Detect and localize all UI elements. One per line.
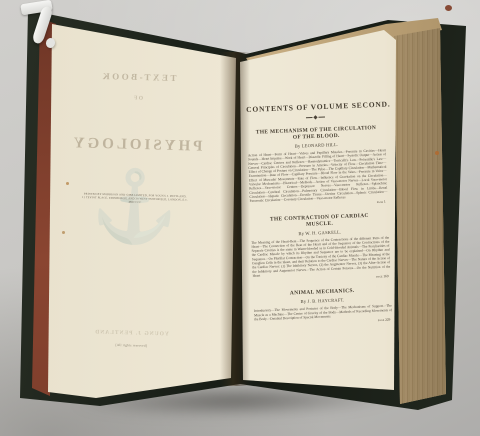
anchor-ornament-icon: ⚓ [59,168,211,247]
contents-section: THE MECHANISM OF THE CIRCULATION OF THE … [247,124,388,209]
section-title: THE CONTRACTION OF CARDIAC MUSCLE. [259,212,380,230]
rights-notice: [All rights reserved] [56,342,206,349]
section-title: THE MECHANISM OF THE CIRCULATION OF THE … [255,125,376,143]
gutter-shadow [220,52,250,386]
foxing-spot [435,151,439,155]
diamond-icon [313,115,317,119]
contents-page: CONTENTS OF VOLUME SECOND. THE MECHANISM… [246,101,392,327]
showthrough-title-line2: OF [63,93,213,103]
divider-line [306,117,313,118]
left-page-content: ⚓ TEXT-BOOK OF PHYSIOLOGY PRINTED BY MOR… [55,50,214,414]
section-synopsis: Action of Heart—Form of Heart—Valves and… [248,149,388,204]
foxing-spot [62,231,65,234]
divider-ornament [300,115,330,119]
showthrough-title-line1: TEXT-BOOK [63,70,213,84]
showthrough-title-line3: PHYSIOLOGY [61,134,211,155]
contents-section: ANIMAL MECHANICS. By J. B. HAYCRAFT. Int… [253,286,392,327]
foxing-spot [66,182,69,185]
book-photograph: ⚓ TEXT-BOOK OF PHYSIOLOGY PRINTED BY MOR… [0,0,480,436]
section-synopsis: The Meaning of the Heart-Beat—The Sequen… [251,236,390,279]
showthrough-publisher: YOUNG J. PENTLAND [57,328,207,338]
contents-section: THE CONTRACTION OF CARDIAC MUSCLE. By W.… [250,211,390,283]
divider-line [318,116,325,117]
spine-wear-spot [445,5,452,11]
